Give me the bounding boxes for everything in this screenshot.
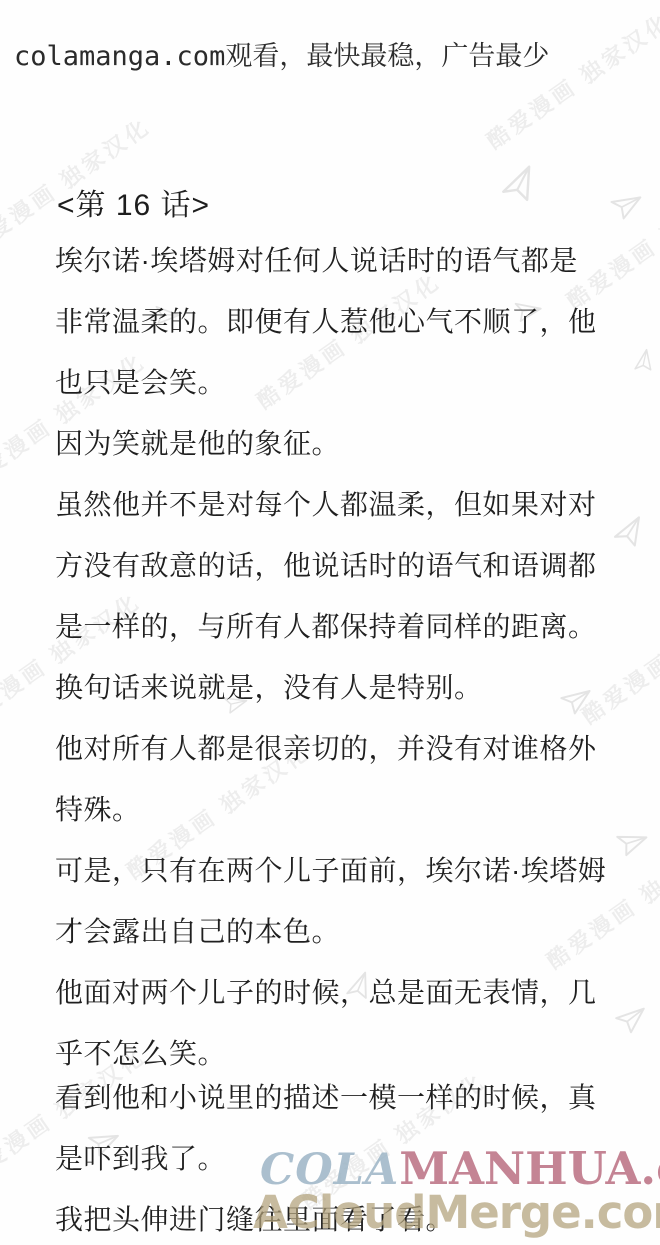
diagonal-watermark-text: 酷爱漫画 独家汉化: [480, 5, 660, 156]
novel-text: 埃尔诺·埃塔姆对任何人说话时的语气都是非常温柔的。即便有人惹他心气不顺了，他也只…: [55, 228, 644, 1245]
text-line: 虽然他并不是对每个人都温柔，但如果对对: [55, 472, 644, 533]
text-line: 他对所有人都是很亲切的，并没有对谁格外: [55, 716, 644, 777]
text-line: 方没有敌意的话，他说话时的语气和语调都: [55, 533, 644, 594]
text-line: 是一样的，与所有人都保持着同样的距离。: [55, 594, 644, 655]
text-line: 特殊。: [55, 777, 644, 838]
text-line: 埃尔诺·埃塔姆对任何人说话时的语气都是: [55, 228, 644, 289]
text-line: 看到他和小说里的描述一模一样的时候，真: [55, 1065, 644, 1126]
paper-plane-icon: [602, 183, 646, 227]
text-line: 可是，只有在两个儿子面前，埃尔诺·埃塔姆: [55, 838, 644, 899]
text-line: 才会露出自己的本色。: [55, 899, 644, 960]
text-line: 非常温柔的。即便有人惹他心气不顺了，他: [55, 289, 644, 350]
text-line: 换句话来说就是，没有人是特别。: [55, 655, 644, 716]
text-line: 也只是会笑。: [55, 350, 644, 411]
paper-plane-icon: [492, 160, 543, 211]
manga-text-page: 酷爱漫画 独家汉化酷爱漫画 独家汉化酷爱漫画 独家汉化酷爱漫画 独家汉化酷爱漫画…: [0, 0, 660, 1245]
text-line: 因为笑就是他的象征。: [55, 411, 644, 472]
site-notice: colamanga.com观看，最快最稳，广告最少: [14, 34, 549, 73]
text-line: 他面对两个儿子的时候，总是面无表情，几: [55, 960, 644, 1021]
chapter-title: <第 16 话>: [57, 180, 210, 224]
text-line: 是吓到我了。: [55, 1126, 644, 1187]
text-line: 我把头伸进门缝往里面看了看。: [55, 1187, 644, 1245]
